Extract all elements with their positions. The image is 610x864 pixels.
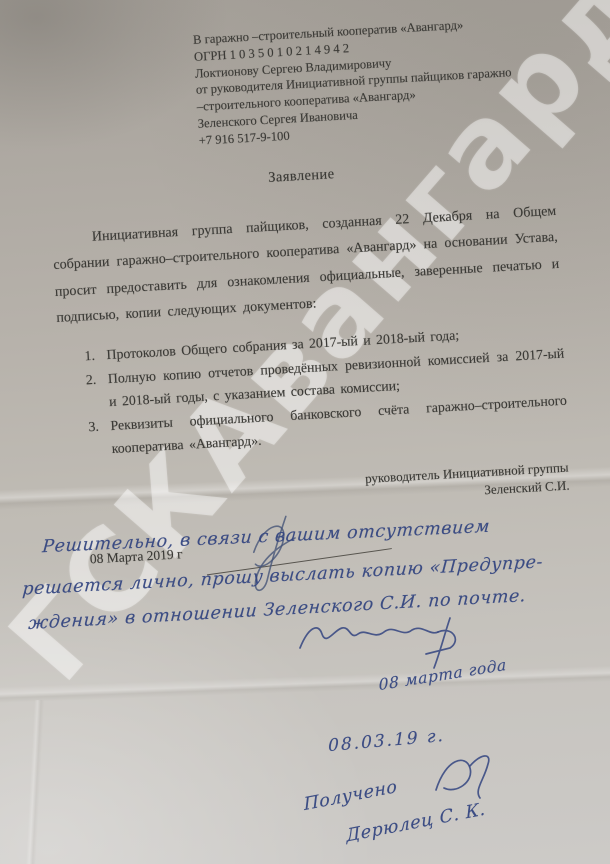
letter-title: Заявление — [49, 154, 554, 199]
typed-letter: В гаражно –строительный кооператив «Аван… — [41, 12, 576, 584]
requested-documents-list: 1. Протоколов Общего собрания за 2017-ый… — [58, 318, 569, 463]
list-item-number: 3. — [88, 416, 100, 439]
pen-signature-received — [428, 748, 518, 808]
letter-body-paragraph: Инициативная группа пайщиков, созданная … — [51, 198, 561, 332]
paper-fold-crease — [26, 700, 45, 864]
recipient-block: В гаражно –строительный кооператив «Аван… — [193, 12, 551, 149]
list-item-number: 1. — [84, 344, 96, 367]
list-item-number: 2. — [85, 369, 97, 392]
document-photo: ГСКАвангард.рф В гаражно –строительный к… — [0, 0, 610, 864]
handwritten-received-label: Получено — [303, 777, 398, 815]
handwritten-received-name: Дерюлец С. К. — [346, 799, 487, 846]
